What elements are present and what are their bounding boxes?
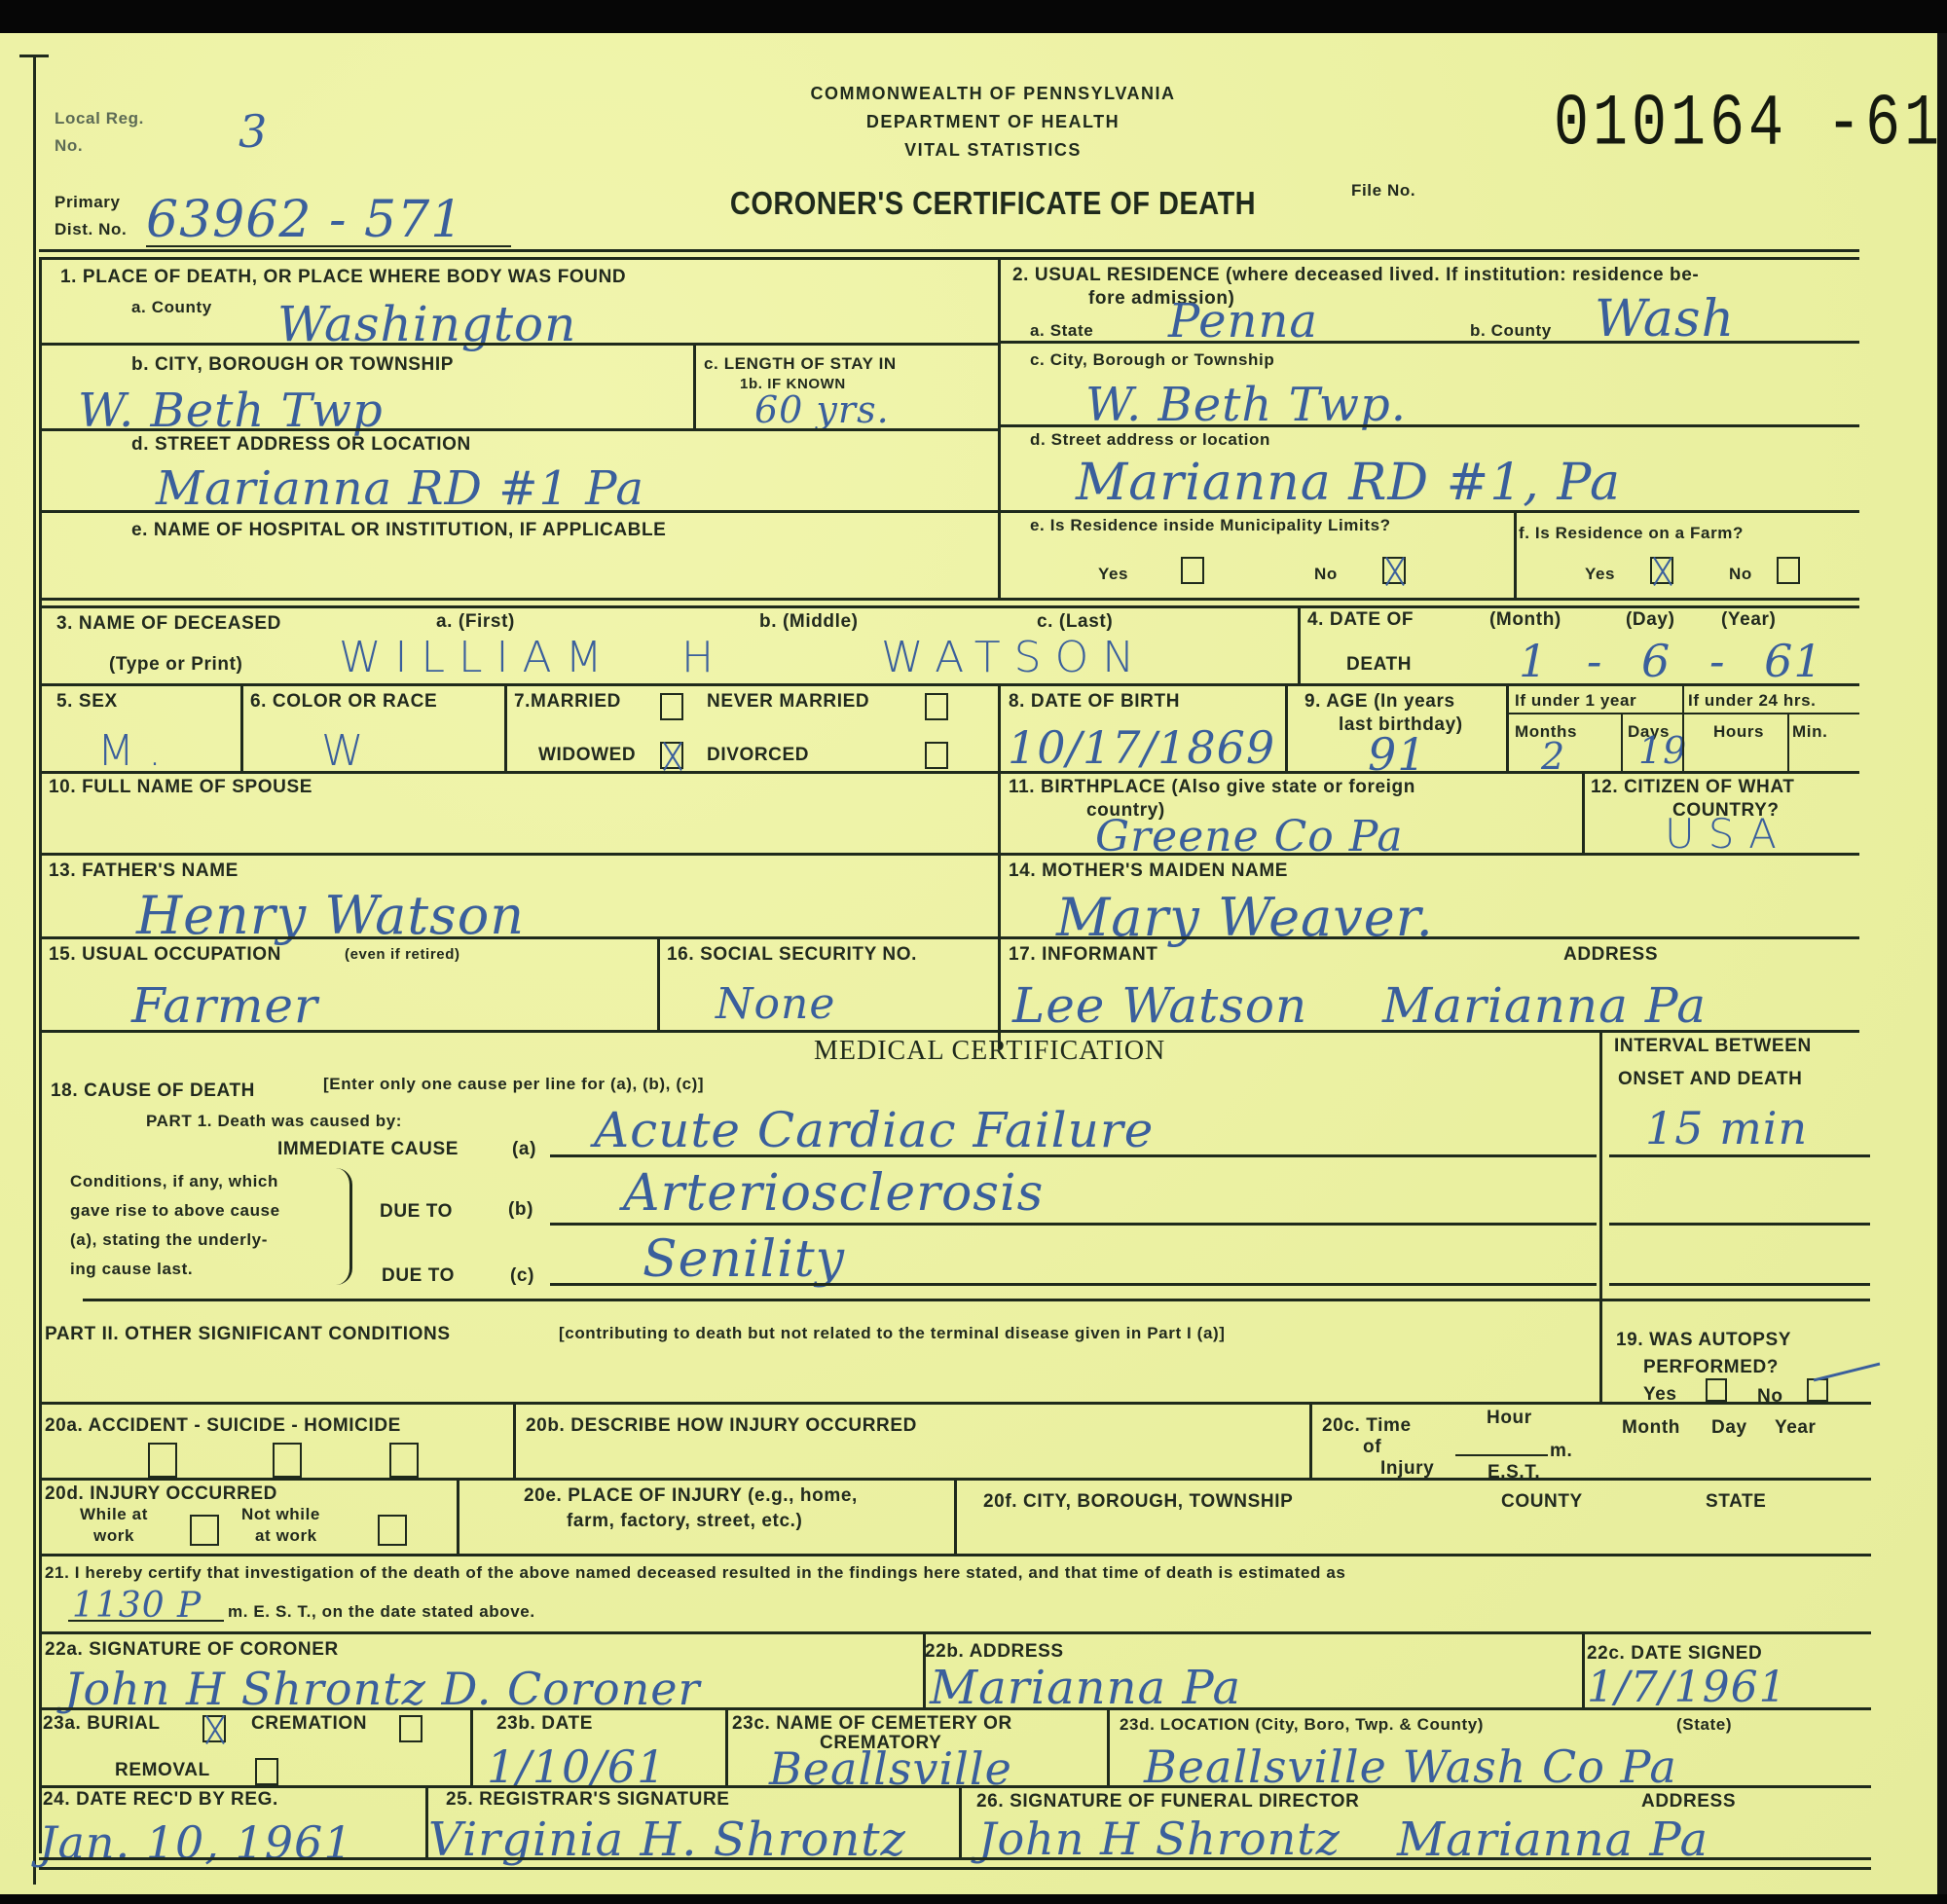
dob-label: 8. DATE OF BIRTH — [1009, 691, 1180, 713]
birthplace-label-1: 11. BIRTHPLACE (Also give state or forei… — [1009, 777, 1415, 798]
injury-type-label: 20a. ACCIDENT - SUICIDE - HOMICIDE — [45, 1415, 401, 1437]
autopsy-label-2: PERFORMED? — [1643, 1357, 1779, 1378]
part2-note: [contributing to death but not related t… — [559, 1324, 1226, 1343]
cause-label: 18. CAUSE OF DEATH — [51, 1080, 255, 1102]
rule — [39, 853, 1859, 856]
widowed-checkbox[interactable] — [660, 742, 683, 769]
primary-dist-underline — [146, 245, 511, 247]
married-label: 7.MARRIED — [514, 691, 621, 713]
ssn-value[interactable]: None — [716, 983, 835, 1026]
conditions-line-1: Conditions, if any, which — [70, 1172, 278, 1191]
never-married-label: NEVER MARRIED — [707, 691, 869, 713]
rule — [998, 341, 1859, 344]
pod-county-value[interactable]: Washington — [277, 300, 576, 348]
divider — [998, 771, 1001, 1049]
divorced-checkbox[interactable] — [925, 742, 948, 769]
registrar-label: 25. REGISTRAR'S SIGNATURE — [446, 1789, 730, 1811]
rule — [39, 598, 1859, 601]
due-to-b-label: DUE TO — [380, 1201, 453, 1223]
res-city-value[interactable]: W. Beth Twp. — [1085, 382, 1407, 428]
divider — [457, 1478, 459, 1554]
divider — [1582, 1631, 1585, 1707]
place-of-injury-label-1: 20e. PLACE OF INJURY (e.g., home, — [524, 1485, 858, 1507]
res-street-label: d. Street address or location — [1030, 430, 1270, 450]
res-street-value[interactable]: Marianna RD #1, Pa — [1076, 458, 1621, 508]
divider — [470, 1707, 473, 1785]
header-department: DEPARTMENT OF HEALTH — [681, 112, 1304, 132]
header-vital-statistics: VITAL STATISTICS — [681, 140, 1304, 161]
interval-label-1: INTERVAL BETWEEN — [1614, 1036, 1812, 1057]
left-margin-rule — [33, 55, 36, 1885]
immediate-cause-value[interactable]: Acute Cardiac Failure — [594, 1106, 1154, 1154]
rule — [39, 683, 1859, 686]
rule — [1609, 1283, 1870, 1286]
burial-checkbox[interactable] — [202, 1715, 226, 1742]
ssn-label: 16. SOCIAL SECURITY NO. — [667, 944, 917, 966]
rule — [1609, 1223, 1870, 1226]
first-name-label: a. (First) — [436, 611, 515, 633]
min-label: Min. — [1792, 722, 1827, 742]
while-at-work-label-2: work — [93, 1526, 134, 1546]
b-label: (b) — [508, 1199, 533, 1221]
race-value[interactable]: W — [321, 730, 378, 773]
date-recd-label: 24. DATE REC'D BY REG. — [43, 1789, 278, 1811]
informant-label: 17. INFORMANT — [1009, 944, 1157, 966]
rule — [39, 605, 1859, 608]
injury-day-label: Day — [1711, 1417, 1747, 1439]
res-county-value[interactable]: Wash — [1595, 294, 1735, 345]
deceased-name-label: 3. NAME OF DECEASED — [56, 613, 281, 635]
divider — [1298, 605, 1301, 685]
primary-dist-value[interactable]: 63962 - 571 — [146, 195, 463, 245]
rule — [39, 1707, 1871, 1710]
autopsy-yes-checkbox[interactable] — [1706, 1378, 1727, 1402]
rule — [39, 1030, 1859, 1033]
removal-checkbox[interactable] — [255, 1758, 278, 1785]
burial-label: 23a. BURIAL — [43, 1713, 161, 1735]
rule — [68, 1620, 224, 1622]
rule — [550, 1154, 1597, 1157]
injury-city-label: 20f. CITY, BOROUGH, TOWNSHIP — [983, 1491, 1293, 1513]
divider — [240, 683, 243, 773]
divider — [998, 683, 1001, 773]
dod-value[interactable]: 1 - 6 - 61 — [1519, 639, 1823, 683]
days-value[interactable]: 19 — [1638, 732, 1687, 769]
middle-name-label: b. (Middle) — [759, 611, 859, 633]
top-rule-2 — [39, 257, 1859, 260]
divider — [1514, 510, 1517, 600]
part1-label: PART 1. Death was caused by: — [146, 1112, 402, 1131]
primary-dist-no-label: Dist. No. — [55, 220, 127, 239]
first-name-value[interactable]: WILLIAM — [339, 637, 616, 679]
location-label: 23d. LOCATION (City, Boro, Twp. & County… — [1120, 1715, 1484, 1735]
rule — [39, 510, 998, 513]
rule — [39, 1857, 1871, 1860]
citizen-value[interactable]: USA — [1665, 814, 1790, 855]
divider — [1682, 683, 1684, 773]
rule — [998, 424, 1859, 427]
dod-label-1: 4. DATE OF — [1307, 609, 1414, 631]
rule — [39, 1631, 1871, 1634]
conditions-line-4: ing cause last. — [70, 1260, 193, 1279]
never-married-checkbox[interactable] — [925, 693, 948, 720]
age-label-1: 9. AGE (In years — [1304, 691, 1455, 713]
pod-county-label: a. County — [131, 298, 212, 317]
date-signed-value[interactable]: 1/7/1961 — [1587, 1666, 1787, 1709]
time-of-injury-label-1: 20c. Time — [1322, 1415, 1412, 1437]
pod-street-value[interactable]: Marianna RD #1 Pa — [156, 465, 644, 512]
race-label: 6. COLOR OR RACE — [250, 691, 437, 713]
informant-address-label: ADDRESS — [1563, 944, 1658, 966]
hours-label: Hours — [1713, 722, 1764, 742]
hospital-label: e. NAME OF HOSPITAL OR INSTITUTION, IF A… — [131, 520, 666, 541]
page-title: CORONER'S CERTIFICATE OF DEATH — [718, 185, 1267, 222]
rule — [39, 771, 1859, 774]
autopsy-label-1: 19. WAS AUTOPSY — [1616, 1330, 1791, 1351]
last-name-value[interactable]: WATSON — [881, 637, 1148, 679]
last-name-label: c. (Last) — [1037, 611, 1113, 633]
paper-edge-shadow — [1937, 33, 1947, 1894]
disposition-date-value[interactable]: 1/10/61 — [487, 1744, 666, 1789]
divider — [513, 1402, 516, 1478]
place-of-death-label: 1. PLACE OF DEATH, OR PLACE WHERE BODY W… — [60, 267, 626, 288]
file-no-label: File No. — [1351, 181, 1415, 201]
divider — [1599, 1030, 1602, 1404]
divider — [693, 343, 696, 428]
widowed-label: WIDOWED — [538, 745, 636, 766]
citizen-label-1: 12. CITIZEN OF WHAT — [1591, 777, 1795, 798]
time-of-injury-label-3: Injury — [1380, 1458, 1434, 1480]
conditions-brace — [336, 1168, 352, 1285]
local-reg-no-label: No. — [55, 136, 83, 156]
coroner-address-label: 22b. ADDRESS — [925, 1641, 1064, 1663]
location-value[interactable]: Beallsville Wash Co Pa — [1144, 1744, 1677, 1789]
inside-limits-no-label: No — [1314, 565, 1338, 584]
time-of-injury-label-2: of — [1363, 1437, 1381, 1458]
divider — [1506, 683, 1509, 773]
cause-c-value[interactable]: Senility — [643, 1234, 845, 1285]
local-reg-label: Local Reg. — [55, 109, 144, 128]
divider — [1309, 1402, 1312, 1478]
rule — [39, 343, 998, 346]
injury-occurred-label: 20d. INJURY OCCURRED — [45, 1483, 277, 1505]
divider — [657, 936, 660, 1030]
dod-year-label: (Year) — [1721, 609, 1776, 631]
under-24-hrs-label: If under 24 hrs. — [1688, 691, 1816, 711]
date-signed-label: 22c. DATE SIGNED — [1587, 1643, 1762, 1665]
cremation-label: CREMATION — [251, 1713, 367, 1735]
rule — [1455, 1454, 1548, 1456]
funeral-director-label: 26. SIGNATURE OF FUNERAL DIRECTOR — [976, 1791, 1360, 1812]
farm-label: f. Is Residence on a Farm? — [1519, 524, 1744, 543]
cemetery-label-1: 23c. NAME OF CEMETERY OR — [732, 1713, 1012, 1735]
autopsy-no-checkbox[interactable] — [1807, 1378, 1828, 1402]
frame-left — [39, 257, 42, 1853]
coroner-signature-value[interactable]: John H Shrontz D. Coroner — [64, 1666, 700, 1711]
local-reg-value[interactable]: 3 — [239, 109, 268, 154]
informant-value[interactable]: Lee Watson — [1012, 981, 1307, 1030]
divorced-label: DIVORCED — [707, 745, 809, 766]
time-suffix-label: m. E. S. T., on the date stated above. — [228, 1602, 535, 1622]
rule — [550, 1223, 1597, 1226]
informant-address-value[interactable]: Marianna Pa — [1382, 981, 1707, 1030]
describe-injury-label: 20b. DESCRIBE HOW INJURY OCCURRED — [526, 1415, 917, 1437]
part2-label: PART II. OTHER SIGNIFICANT CONDITIONS — [45, 1324, 451, 1345]
not-while-at-work-label-1: Not while — [241, 1505, 320, 1524]
homicide-checkbox[interactable] — [389, 1443, 419, 1478]
header-commonwealth: COMMONWEALTH OF PENNSYLVANIA — [681, 84, 1304, 104]
rule — [83, 1299, 1870, 1301]
divider — [959, 1785, 962, 1857]
farm-yes-label: Yes — [1585, 565, 1615, 584]
primary-dist-label: Primary — [55, 193, 121, 212]
not-while-at-work-label-2: at work — [255, 1526, 317, 1546]
dod-month-label: (Month) — [1489, 609, 1561, 631]
inside-limits-yes-label: Yes — [1098, 565, 1128, 584]
occupation-note: (even if retired) — [345, 946, 460, 963]
farm-no-label: No — [1729, 565, 1752, 584]
medical-certification-title: MEDICAL CERTIFICATION — [814, 1036, 1165, 1067]
m-label: m. — [1550, 1441, 1572, 1462]
injury-year-label: Year — [1775, 1417, 1817, 1439]
suicide-checkbox[interactable] — [273, 1443, 302, 1478]
due-to-c-label: DUE TO — [382, 1265, 455, 1287]
not-while-at-work-checkbox[interactable] — [378, 1515, 407, 1546]
father-label: 13. FATHER'S NAME — [49, 860, 239, 882]
divider — [504, 683, 507, 773]
divider — [1285, 683, 1288, 773]
cause-b-value[interactable]: Arteriosclerosis — [623, 1168, 1044, 1219]
farm-yes-checkbox[interactable] — [1650, 557, 1673, 584]
coroner-address-value[interactable]: Marianna Pa — [930, 1665, 1241, 1711]
divider-1-2 — [998, 259, 1001, 600]
hour-label: Hour — [1487, 1408, 1532, 1429]
conditions-line-3: (a), stating the underly- — [70, 1230, 268, 1250]
spouse-label: 10. FULL NAME OF SPOUSE — [49, 777, 312, 798]
pod-city-value[interactable]: W. Beth Twp — [78, 387, 384, 434]
married-checkbox[interactable] — [660, 693, 683, 720]
rule — [39, 1402, 1871, 1405]
rule — [1609, 1154, 1870, 1157]
injury-county-label: COUNTY — [1501, 1491, 1583, 1513]
registrar-signature-value[interactable]: Virginia H. Shrontz — [428, 1816, 906, 1863]
rule — [550, 1283, 1597, 1286]
inside-limits-no-checkbox[interactable] — [1382, 557, 1406, 584]
res-state-value[interactable]: Penna — [1168, 298, 1318, 345]
injury-state-label: STATE — [1706, 1491, 1766, 1513]
rule — [39, 1554, 1871, 1556]
certificate-number: 010164 -61 — [1554, 84, 1943, 166]
dod-label-2: DEATH — [1346, 654, 1412, 676]
sex-label: 5. SEX — [56, 691, 118, 713]
immediate-interval-value[interactable]: 15 min — [1645, 1106, 1808, 1151]
stay-label-1: c. LENGTH OF STAY IN — [704, 354, 897, 374]
divider — [725, 1707, 728, 1785]
occupation-value[interactable]: Farmer — [131, 981, 318, 1030]
rule — [39, 428, 998, 431]
pod-street-label: d. STREET ADDRESS OR LOCATION — [131, 434, 471, 456]
res-county-label: b. County — [1470, 321, 1552, 341]
under-1-year-label: If under 1 year — [1515, 691, 1636, 711]
res-city-label: c. City, Borough or Township — [1030, 350, 1274, 370]
dob-value[interactable]: 10/17/1869 — [1008, 725, 1275, 770]
pod-city-label: b. CITY, BOROUGH OR TOWNSHIP — [131, 354, 454, 376]
father-value[interactable]: Henry Watson — [136, 890, 525, 942]
while-at-work-label-1: While at — [80, 1505, 148, 1524]
funeral-director-signature-value[interactable]: John H Shrontz — [978, 1816, 1341, 1861]
dod-day-label: (Day) — [1626, 609, 1675, 631]
while-at-work-checkbox[interactable] — [190, 1515, 219, 1546]
funeral-director-address-label: ADDRESS — [1641, 1791, 1736, 1812]
farm-no-checkbox[interactable] — [1777, 557, 1800, 584]
immediate-cause-label: IMMEDIATE CAUSE — [277, 1139, 459, 1160]
certification-statement: 21. I hereby certify that investigation … — [45, 1563, 1345, 1583]
injury-month-label: Month — [1622, 1417, 1680, 1439]
left-margin-tick — [19, 55, 49, 57]
cause-note: [Enter only one cause per line for (a), … — [323, 1075, 704, 1094]
stay-value[interactable]: 60 yrs. — [754, 391, 890, 428]
occupation-label: 15. USUAL OCCUPATION — [49, 944, 281, 966]
inside-limits-label: e. Is Residence inside Municipality Limi… — [1030, 516, 1391, 535]
time-of-death-value[interactable]: 1130 P — [72, 1589, 202, 1624]
inside-limits-yes-checkbox[interactable] — [1181, 557, 1204, 584]
months-value[interactable]: 2 — [1541, 738, 1565, 775]
place-of-injury-label-2: farm, factory, street, etc.) — [567, 1511, 802, 1532]
mother-label: 14. MOTHER'S MAIDEN NAME — [1009, 860, 1288, 882]
divider — [1787, 713, 1789, 773]
rule — [998, 510, 1859, 513]
middle-name-value[interactable]: H — [681, 637, 727, 679]
a-label: (a) — [512, 1139, 536, 1160]
divider — [1621, 713, 1623, 773]
rule — [39, 1867, 1871, 1870]
rule — [39, 936, 1859, 939]
funeral-director-address-value[interactable]: Marianna Pa — [1397, 1816, 1708, 1863]
cremation-checkbox[interactable] — [399, 1715, 422, 1742]
removal-label: REMOVAL — [115, 1760, 210, 1781]
divider — [1582, 771, 1585, 853]
res-state-label: a. State — [1030, 321, 1093, 341]
accident-checkbox[interactable] — [148, 1443, 177, 1478]
type-or-print-label: (Type or Print) — [109, 654, 242, 676]
coroner-signature-label: 22a. SIGNATURE OF CORONER — [45, 1639, 339, 1661]
divider — [954, 1478, 957, 1554]
interval-label-2: ONSET AND DEATH — [1618, 1069, 1803, 1090]
c-label: (c) — [510, 1265, 534, 1287]
top-rule-1 — [39, 249, 1859, 252]
sex-value[interactable]: M. — [97, 730, 175, 773]
rule — [39, 1785, 1871, 1788]
location-state-label: (State) — [1676, 1715, 1732, 1735]
divider — [1107, 1707, 1110, 1785]
disposition-date-label: 23b. DATE — [496, 1713, 593, 1735]
residence-label-1: 2. USUAL RESIDENCE (where deceased lived… — [1012, 265, 1699, 286]
conditions-line-2: gave rise to above cause — [70, 1201, 280, 1221]
